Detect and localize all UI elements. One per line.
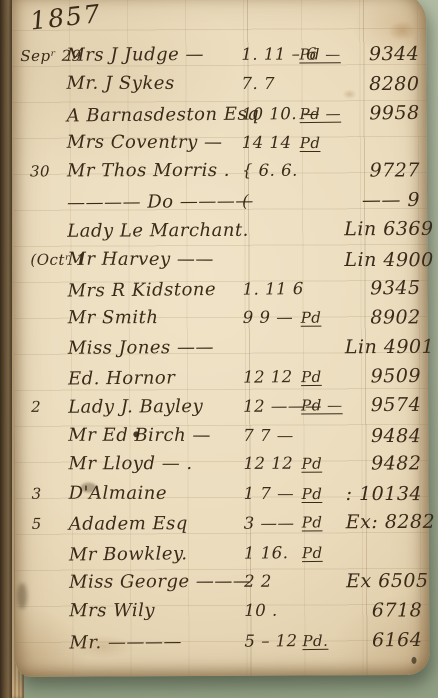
ledger-row: 2 Lady J. Bayley 12 ——— Pd — 9574 bbox=[16, 390, 426, 421]
ledger-page: 1857 Sepʳ 29 Mrs J Judge — 1. 11 – 6 Pd … bbox=[12, 0, 430, 677]
cell-name: Lady J. Bayley bbox=[68, 395, 243, 417]
cell-reference: 6164 bbox=[346, 628, 427, 651]
cell-name: Mr Harvey —— bbox=[67, 249, 242, 270]
ledger-row: ———— Do ———— ( —— 9 bbox=[15, 185, 425, 219]
cell-name: Miss George ——— bbox=[69, 571, 244, 593]
cell-reference: 9482 bbox=[345, 452, 426, 474]
cell-amount: 12 ——— bbox=[243, 396, 301, 415]
ledger-row: Miss Jones —— Lin 4901 bbox=[16, 332, 426, 363]
cell-reference: Ex: 8282 bbox=[346, 511, 438, 533]
cell-reference: Ex 6505 bbox=[346, 570, 434, 592]
cell-date: 30 bbox=[15, 162, 67, 180]
cell-amount: 3 —— bbox=[244, 513, 302, 532]
cell-paid-mark: Pd bbox=[301, 454, 345, 472]
cell-reference: Lin 4900 bbox=[344, 249, 438, 271]
cell-amount: 1 7 — bbox=[244, 485, 302, 504]
cell-name: Mr. J Sykes bbox=[66, 73, 241, 94]
cell-name: D'Almaine bbox=[69, 483, 244, 504]
cell-reference: 9484 bbox=[345, 425, 426, 447]
cell-name: Miss Jones —— bbox=[68, 337, 243, 359]
cell-amount: { 6. 6. bbox=[242, 161, 300, 180]
cell-reference: Lin 4901 bbox=[345, 335, 438, 357]
ledger-row: (Octʳ 1 Mr Harvey —— Lin 4900 bbox=[15, 245, 425, 275]
ledger-row: Mr Bowkley. 1 16. Pd bbox=[17, 537, 427, 571]
cell-name: Mr Ed Birch — bbox=[68, 425, 243, 446]
cell-paid-mark: Pd bbox=[300, 134, 344, 152]
cell-date: 3 bbox=[17, 485, 69, 503]
cell-reference: 8280 bbox=[343, 73, 424, 95]
cell-amount: 2 2 bbox=[244, 572, 302, 591]
cell-name: Mr Smith bbox=[68, 307, 243, 328]
pen-mark bbox=[411, 657, 416, 664]
cell-reference: 9344 bbox=[343, 42, 424, 64]
cell-reference: Lin 6369 — bbox=[344, 218, 438, 241]
ledger-row: Sepʳ 29 Mrs J Judge — 1. 11 – 6 Pd — 934… bbox=[14, 39, 424, 70]
cell-amount: 14 14 bbox=[242, 133, 300, 152]
cell-date bbox=[16, 292, 68, 293]
cell-date bbox=[15, 204, 67, 205]
cell-amount: 9 9 — bbox=[243, 308, 301, 327]
ledger-row: Mr. ———— 5 – 12 Pd. 6164 bbox=[17, 625, 427, 659]
ledger-row: 3 D'Almaine 1 7 — Pd : 10134 bbox=[17, 479, 427, 509]
cell-reference: 8902 bbox=[345, 306, 426, 328]
cell-paid-mark: Pd — bbox=[301, 396, 345, 414]
year-heading: 1857 bbox=[29, 0, 103, 36]
cell-reference: 9958 bbox=[344, 101, 425, 124]
cell-reference: 9345 bbox=[344, 277, 425, 300]
cell-reference: 9727 bbox=[344, 159, 425, 181]
cell-reference: 9509 bbox=[345, 365, 426, 388]
cell-amount: ( bbox=[242, 192, 300, 212]
cell-amount: 7 7 — bbox=[243, 426, 301, 445]
ledger-row: 30 Mr Thos Morris . { 6. 6. 9727 bbox=[15, 156, 425, 186]
cell-name: Mrs R Kidstone bbox=[67, 279, 242, 302]
cell-date bbox=[16, 379, 68, 380]
ledger-row: 5 Adadem Esq 3 —— Pd Ex: 8282 bbox=[17, 508, 427, 539]
cell-amount: 5 – 12 bbox=[244, 631, 302, 651]
cell-amount: 12 12 bbox=[243, 367, 301, 387]
cell-amount: 1. 11 6 bbox=[242, 280, 300, 300]
cell-name: Mr Bowkley. bbox=[69, 543, 244, 566]
cell-paid-mark: Pd bbox=[301, 308, 345, 326]
scanned-ledger-photo: 1857 Sepʳ 29 Mrs J Judge — 1. 11 – 6 Pd … bbox=[0, 0, 438, 698]
ledger-row: Lady Le Marchant. Lin 6369 — bbox=[15, 215, 425, 246]
book-binding bbox=[0, 0, 12, 698]
cell-paid-mark: Pd bbox=[302, 514, 346, 532]
cell-reference: 9574 bbox=[345, 394, 426, 416]
cell-amount: 1 16. bbox=[244, 543, 302, 563]
cell-amount: 12 12 bbox=[243, 454, 301, 473]
cell-reference: —— 9 bbox=[344, 189, 425, 212]
cell-date bbox=[17, 643, 69, 644]
ledger-rows: Sepʳ 29 Mrs J Judge — 1. 11 – 6 Pd — 934… bbox=[14, 39, 427, 656]
ledger-row: Mr. J Sykes 7. 7 8280 bbox=[14, 69, 424, 99]
cell-paid-mark: Pd — bbox=[300, 104, 344, 122]
cell-paid-mark: Pd bbox=[302, 543, 346, 561]
ledger-row: Miss George ——— 2 2 Ex 6505 bbox=[17, 566, 427, 597]
ledger-row: Mrs Coventry — 14 14 Pd bbox=[15, 128, 425, 158]
cell-name: Adadem Esq bbox=[69, 513, 244, 535]
cell-date: 2 bbox=[16, 398, 68, 416]
cell-name: Ed. Hornor bbox=[68, 367, 243, 390]
cell-name: ———— Do ———— bbox=[67, 191, 242, 214]
cell-amount: 10 10. — bbox=[242, 104, 300, 124]
cell-reference bbox=[346, 551, 427, 552]
ledger-row: Ed. Hornor 12 12 Pd 9509 bbox=[16, 361, 426, 395]
cell-amount: 7. 7 bbox=[241, 74, 299, 93]
cell-name: A Barnasdeston Esq bbox=[67, 103, 242, 126]
ledger-row: A Barnasdeston Esq 10 10. — Pd — 9958 bbox=[14, 97, 424, 131]
cell-reference: : 10134 bbox=[346, 483, 427, 505]
cell-amount: 1. 11 – 6 bbox=[241, 45, 299, 64]
ledger-row: Mr Lloyd — . 12 12 Pd 9482 bbox=[16, 449, 426, 479]
cell-name: Lady Le Marchant. bbox=[67, 220, 242, 242]
cell-reference: 6718 bbox=[346, 599, 427, 621]
cell-name: Mrs Coventry — bbox=[67, 132, 242, 153]
cell-paid-mark: Pd bbox=[302, 485, 346, 503]
cell-date: 5 bbox=[17, 515, 69, 533]
ledger-row: Mr Smith 9 9 — Pd 8902 bbox=[16, 302, 426, 332]
cell-name: Mr Thos Morris . bbox=[67, 160, 242, 181]
cell-date: Sepʳ 29 bbox=[14, 46, 66, 64]
cell-name: Mr Lloyd — . bbox=[68, 453, 243, 474]
ledger-row: Mrs Wily 10 . 6718 bbox=[17, 595, 427, 625]
cell-date bbox=[15, 116, 67, 117]
cell-name: Mrs J Judge — bbox=[66, 44, 241, 66]
cell-paid-mark: Pd bbox=[301, 368, 345, 386]
cell-name: Mrs Wily bbox=[69, 600, 244, 621]
cell-paid-mark: Pd. bbox=[302, 631, 346, 649]
cell-date: (Octʳ 1 bbox=[15, 250, 67, 268]
cell-date bbox=[17, 555, 69, 556]
cell-name: Mr. ———— bbox=[69, 631, 244, 654]
cell-paid-mark: Pd — bbox=[299, 45, 343, 63]
ledger-row: Mr Ed Birch — 7 7 — 9484 bbox=[16, 421, 426, 451]
cell-amount: 10 . bbox=[244, 600, 302, 619]
